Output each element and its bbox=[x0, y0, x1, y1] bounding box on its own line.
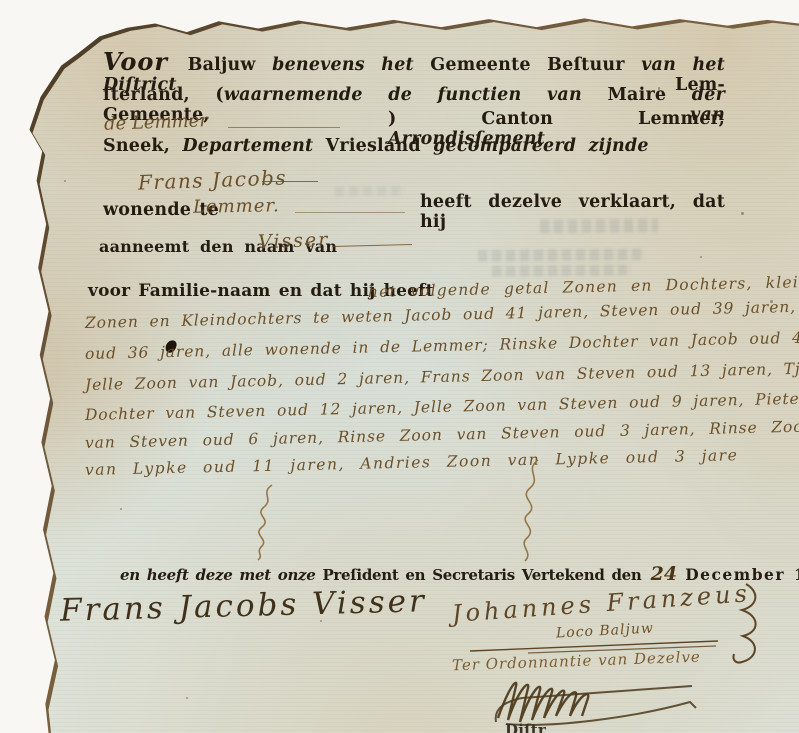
ink-bleed-smudge bbox=[478, 248, 643, 262]
handwritten-dash bbox=[262, 181, 318, 182]
ink-flourish-mark bbox=[512, 458, 546, 566]
declaration-clause: heeft dezelve verklaart, dat hij bbox=[420, 192, 725, 232]
declarant-name-handwritten: Frans Jacobs bbox=[138, 165, 288, 194]
scanned-document: Voor Baljuw benevens het Gemeente Beſtuu… bbox=[0, 0, 799, 733]
bottom-partial-text: Diſtr bbox=[505, 721, 546, 733]
paper-speck bbox=[741, 212, 744, 215]
preamble-line-4: Sneek, Departement Vriesland gecompareer… bbox=[103, 136, 649, 156]
handwritten-dash bbox=[228, 127, 340, 128]
closing-day-handwritten: 24 bbox=[651, 563, 677, 585]
family-handwritten-line: Jelle Zoon van Jacob, oud 2 jaren, Frans… bbox=[85, 359, 799, 394]
family-handwritten-line: oud 36 jaren, alle wonende in de Lemmer;… bbox=[85, 327, 799, 363]
family-handwritten-line: Zonen en Kleindochters te weten Jacob ou… bbox=[85, 296, 799, 332]
document-content: Voor Baljuw benevens het Gemeente Beſtuu… bbox=[0, 0, 799, 733]
ink-flourish-mark bbox=[250, 483, 280, 561]
family-handwritten-line: van Lypke oud 11 jaren, Andries Zoon van… bbox=[85, 446, 739, 479]
secretary-signature-scribble bbox=[492, 672, 704, 726]
paper-speck bbox=[186, 697, 188, 699]
family-handwritten-line: het volgende getal Zonen en Dochters, kl… bbox=[368, 273, 799, 301]
family-handwritten-line: Dochter van Steven oud 12 jaren, Jelle Z… bbox=[85, 388, 799, 424]
paper-speck bbox=[64, 180, 66, 182]
signature-official: Johannes Franzeus bbox=[451, 579, 752, 628]
ink-bleed-smudge bbox=[492, 264, 632, 276]
closing-line: en heeft deze met onze Preſident en Secr… bbox=[120, 563, 799, 585]
handwritten-dash bbox=[295, 212, 405, 213]
closing-printed-text: en heeft deze met onze Preſident en Secr… bbox=[120, 566, 642, 584]
paper-speck bbox=[120, 508, 122, 510]
signature-flourish-mark bbox=[716, 580, 760, 670]
ink-bleed-smudge bbox=[335, 186, 405, 197]
blank-fill-municipality: de Lemmer bbox=[104, 110, 209, 135]
residence-value-handwritten: Lemmer. bbox=[193, 195, 280, 218]
paper-speck bbox=[700, 256, 702, 258]
signature-declarant: Frans Jacobs Visser bbox=[60, 583, 428, 629]
surname-value-handwritten: Visser bbox=[258, 229, 330, 253]
handwritten-dash bbox=[332, 244, 412, 247]
